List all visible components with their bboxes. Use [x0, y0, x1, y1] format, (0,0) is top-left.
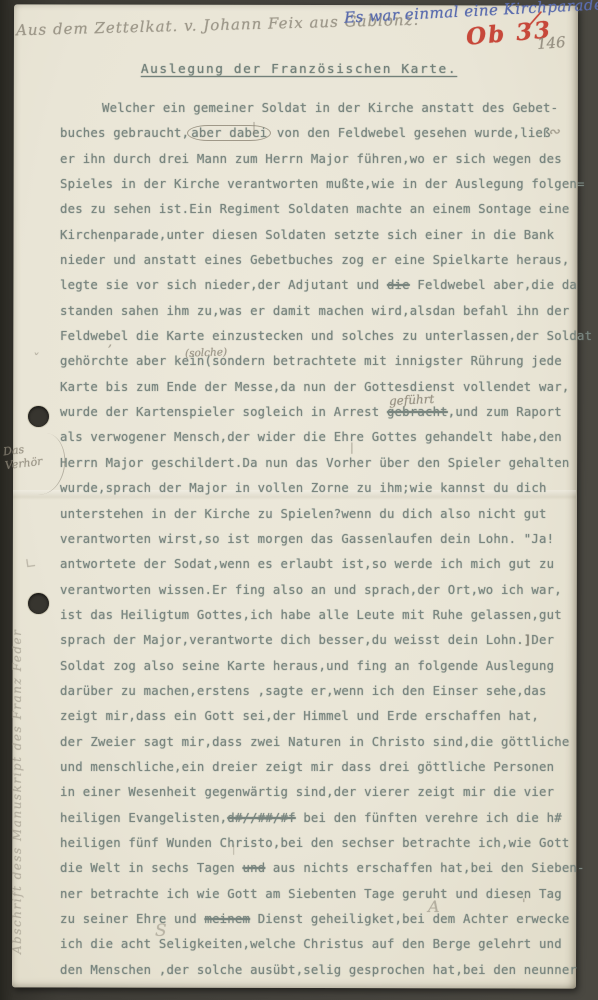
typed-segment: Kirchenparade,unter diesen Soldaten setz…	[60, 228, 554, 242]
typed-body: Welcher ein gemeiner Soldat in der Kirch…	[60, 101, 580, 988]
typed-line: verantworten wirst,so ist morgen das Gas…	[60, 532, 580, 557]
typed-line: legte sie vor sich nieder,der Adjutant u…	[60, 278, 580, 303]
margin-note-verhoer: Das Verhör	[2, 441, 43, 473]
typed-line: wurde der Kartenspieler sogleich in Arre…	[60, 405, 580, 430]
typed-segment-strike: d#//##/#f	[227, 811, 295, 825]
pencil-stroke-christo: |	[232, 844, 235, 855]
typed-segment-strike: und	[242, 861, 265, 875]
document-title: Auslegung der Französischen Karte.	[0, 62, 598, 77]
typed-line: nieder und anstatt eines Gebetbuches zog…	[60, 253, 580, 278]
typed-segment: verantworten wissen.Er fing also an und …	[60, 583, 562, 597]
typed-segment: gehörchte aber kein(sondern betrachtete …	[60, 354, 562, 368]
typed-segment: buches gebraucht,	[60, 126, 189, 140]
typed-line: unterstehen in der Kirche zu Spielen?wen…	[60, 507, 580, 532]
typed-line: Feldwebel die Karte einzustecken und sol…	[60, 329, 580, 354]
typed-segment: Der	[531, 633, 554, 647]
typed-segment-circled: aber dabei	[187, 125, 271, 141]
typed-line: heiligen Evangelisten,d#//##/#f bei den …	[60, 811, 580, 836]
typed-segment: heiligen Evangelisten,	[60, 811, 227, 825]
typed-segment: wurde der Kartenspieler sogleich in Arre…	[60, 405, 387, 419]
pencil-corner-mark: ∟	[24, 555, 38, 572]
typed-line: Karte bis zum Ende der Messe,da nun der …	[60, 380, 580, 405]
typed-segment: bei den fünften verehre ich die h#	[296, 811, 562, 825]
punch-hole-bottom	[28, 593, 49, 614]
typed-segment: Herrn Major geschildert.Da nun das Vorhe…	[60, 456, 569, 470]
typed-line: Welcher ein gemeiner Soldat in der Kirch…	[60, 101, 580, 126]
typed-line: ich die acht Seligkeiten,welche Christus…	[60, 937, 580, 962]
typed-line: wurde,sprach der Major in vollen Zorne z…	[60, 481, 580, 506]
typed-line: gehörchte aber kein(sondern betrachtete …	[60, 354, 580, 379]
typed-segment: Feldwebel aber,die da	[410, 278, 577, 292]
typed-segment: Dienst geheiligket,bei dem Achter erweck…	[250, 912, 569, 926]
typed-segment: zeigt mir,dass ein Gott sei,der Himmel u…	[60, 709, 539, 723]
typed-segment: legte sie vor sich nieder,der Adjutant u…	[60, 278, 387, 292]
typed-line: ist das Heiligtum Gottes,ich habe alle L…	[60, 608, 580, 633]
typed-segment: Spieles in der Kirche verantworten mußte…	[60, 177, 585, 191]
insertion-mark-vorher: |	[350, 441, 354, 454]
pencil-correction-gefuehrt: geführt	[389, 392, 435, 408]
scanned-document-page: Aus dem Zettelkat. v. Johann Feix aus Ga…	[0, 0, 598, 1000]
typed-segment: und menschliche,ein dreier zeigt mir das…	[60, 760, 554, 774]
typed-segment: Welcher ein gemeiner Soldat in der Kirch…	[102, 101, 558, 115]
typed-line: Soldat zog also seine Karte heraus,und f…	[60, 659, 580, 684]
typed-segment: sprach der Major,verantworte dich besser…	[60, 633, 524, 647]
typed-line: heiligen fünf Wunden Christo,bei den sec…	[60, 836, 580, 861]
typed-segment: wurde,sprach der Major in vollen Zorne z…	[60, 481, 547, 495]
vertical-margin-note: Abschrift dess Manuskript des Franz Fede…	[10, 594, 24, 954]
typed-line: darüber zu machen,erstens ,sagte er,wenn…	[60, 684, 580, 709]
document-title-text: Auslegung der Französischen Karte.	[141, 62, 457, 77]
typed-segment: ,und zum Raport	[448, 405, 562, 419]
typed-line: die Welt in sechs Tagen und aus nichts e…	[60, 861, 580, 886]
typed-line: ner betrachte ich wie Gott am Siebenten …	[60, 887, 580, 912]
typed-line: Spieles in der Kirche verantworten mußte…	[60, 177, 580, 202]
pencil-apostrophe: '	[522, 897, 526, 912]
typed-segment: aus nichts erschaffen hat,bei den Sieben…	[265, 861, 584, 875]
typed-segment: ner betrachte ich wie Gott am Siebenten …	[60, 887, 562, 901]
typed-line: der Zweier sagt mir,dass zwei Naturen in…	[60, 735, 580, 760]
typed-segment: verantworten wirst,so ist morgen das Gas…	[60, 532, 554, 546]
typed-line: zeigt mir,dass ein Gott sei,der Himmel u…	[60, 709, 580, 734]
typed-line: standen sahen ihm zu,was er damit machen…	[60, 304, 580, 329]
typed-segment: antwortete der Sodat,wenn es erlaubt ist…	[60, 557, 554, 571]
typed-segment: er ihn durch drei Mann zum Herrn Major f…	[60, 152, 562, 166]
typed-line: in einer Wesenheit gegenwärtig sind,der …	[60, 785, 580, 810]
typed-line: antwortete der Sodat,wenn es erlaubt ist…	[60, 557, 580, 582]
typed-line: sprach der Major,verantworte dich besser…	[60, 633, 580, 658]
inserted-comma: ,	[108, 335, 112, 350]
pencil-tick-mark: ˇ	[32, 352, 39, 367]
punch-hole-top	[28, 406, 49, 427]
typed-segment: heiligen fünf Wunden Christo,bei den sec…	[60, 836, 569, 850]
typed-segment: den Menschen ,der solche ausübt,selig ge…	[60, 963, 577, 977]
typed-segment: nieder und anstatt eines Gebetbuches zog…	[60, 253, 569, 267]
typed-segment: in einer Wesenheit gegenwärtig sind,der …	[60, 785, 554, 799]
typed-segment: ich die acht Seligkeiten,welche Christus…	[60, 937, 562, 951]
pencil-squiggle: ∾	[548, 124, 560, 140]
typed-line: buches gebraucht,aber dabei von den Feld…	[60, 126, 580, 151]
typed-segment: Feldwebel die Karte einzustecken und sol…	[60, 329, 592, 343]
typed-segment: von den Feldwebel gesehen wurde,ließ	[269, 126, 550, 140]
typed-segment: unterstehen in der Kirche zu Spielen?wen…	[60, 507, 547, 521]
typed-segment: der Zweier sagt mir,dass zwei Naturen in…	[60, 735, 569, 749]
typed-segment: standen sahen ihm zu,was er damit machen…	[60, 304, 569, 318]
typed-line: zu seiner Ehre und meinem Dienst geheili…	[60, 912, 580, 937]
typed-segment: Soldat zog also seine Karte heraus,und f…	[60, 659, 554, 673]
pencil-overlay-letter-a: A	[428, 897, 440, 916]
typed-segment: darüber zu machen,erstens ,sagte er,wenn…	[60, 684, 547, 698]
typed-segment: ist das Heiligtum Gottes,ich habe alle L…	[60, 608, 562, 622]
typed-segment: zu seiner Ehre und	[60, 912, 204, 926]
typed-segment-strike: die	[387, 278, 410, 292]
typed-line: des zu sehen ist.Ein Regiment Soldaten m…	[60, 202, 580, 227]
typed-line: er ihn durch drei Mann zum Herrn Major f…	[60, 152, 580, 177]
typed-line: verantworten wissen.Er fing also an und …	[60, 583, 580, 608]
page-number: 146	[536, 33, 566, 53]
typed-line: Herrn Major geschildert.Da nun das Vorhe…	[60, 456, 580, 481]
typed-line: und menschliche,ein dreier zeigt mir das…	[60, 760, 580, 785]
typed-segment: die Welt in sechs Tagen	[60, 861, 242, 875]
pencil-correction-solche: (solche)	[185, 346, 228, 359]
typed-line: den Menschen ,der solche ausübt,selig ge…	[60, 963, 580, 988]
typed-segment-strike: meinem	[204, 912, 250, 926]
typed-segment: des zu sehen ist.Ein Regiment Soldaten m…	[60, 202, 569, 216]
pencil-stroke-line2: |	[252, 120, 256, 134]
typed-segment: als verwogener Mensch,der wider die Ehre…	[60, 430, 562, 444]
typed-line: Kirchenparade,unter diesen Soldaten setz…	[60, 228, 580, 253]
typed-segment: Karte bis zum Ende der Messe,da nun der …	[60, 380, 569, 394]
pencil-overlay-letter-s: S	[155, 921, 167, 941]
typed-line: als verwogener Mensch,der wider die Ehre…	[60, 430, 580, 455]
